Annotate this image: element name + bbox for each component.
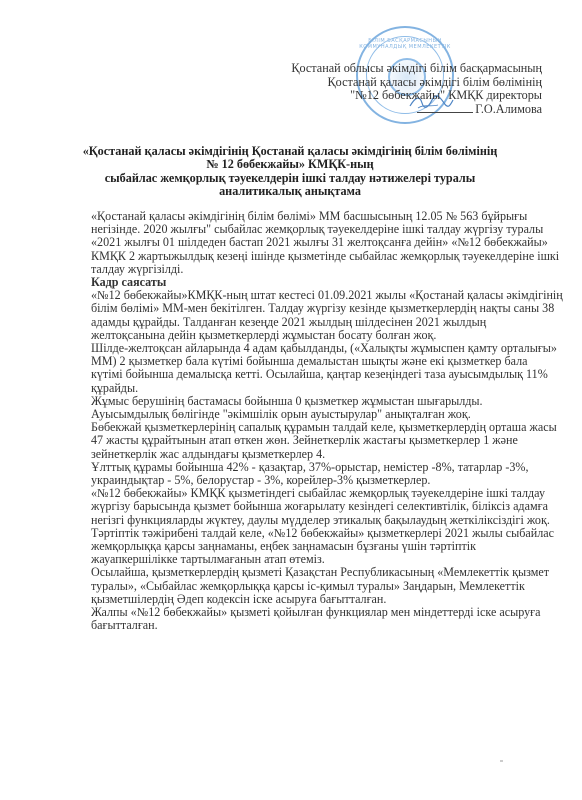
- stamp-text: БІЛІМ БАСҚАРМАСЫНЫҢ КОММУНАЛДЫҚ МЕМЛЕКЕТ…: [358, 38, 452, 50]
- body-paragraph: Ұлттық құрамы бойынша 42% - қазақтар, 37…: [91, 461, 531, 487]
- body-paragraph: Жалпы «№12 бөбекжайы» қызметі қойылған ф…: [91, 606, 531, 632]
- paragraphs-container: «№12 бөбекжайы»КМҚК-ның штат кестесі 01.…: [91, 289, 531, 632]
- body-paragraph: Тәртіптік тәжірибені талдай келе, «№12 б…: [91, 527, 531, 567]
- approval-line-1: Қостанай облысы әкімдігі білім басқармас…: [291, 62, 542, 76]
- text-line: Осылайша, қызметкерлердің қызметі Қазақс…: [91, 566, 531, 579]
- body-paragraph: Осылайша, қызметкерлердің қызметі Қазақс…: [91, 566, 531, 606]
- signature-line: [417, 112, 473, 113]
- text-line: құрайды.: [91, 382, 531, 395]
- title-line-2: № 12 бөбекжайы» КМҚК-ның: [80, 158, 500, 171]
- approval-block: Қостанай облысы әкімдігі білім басқармас…: [291, 62, 542, 116]
- text-line: бағытталған.: [91, 619, 531, 632]
- title-line-1: «Қостанай қаласы әкімдігінің Қостанай қа…: [80, 145, 500, 158]
- title-line-3: сыбайлас жемқорлық тәуекелдерін ішкі тал…: [80, 172, 500, 185]
- intro-paragraph: «Қостанай қаласы әкімдігінің білім бөлім…: [91, 210, 531, 276]
- text-line: «2021 жылғы 01 шілдеден бастап 2021 жылғ…: [91, 236, 531, 249]
- text-line: туралы», «Сыбайлас жемқорлыққа қарсы іс-…: [91, 580, 531, 593]
- director-name: Г.О.Алимова: [475, 102, 542, 116]
- scan-artifact: [500, 760, 503, 762]
- text-line: КМҚК 2 жартыжылдық кезеңі ішінде қызметі…: [91, 250, 531, 263]
- approval-line-2: Қостанай қаласы әкімдігі білім бөлімінің: [291, 76, 542, 90]
- body-paragraph: Бөбекжай қызметкерлерінің сапалық құрамы…: [91, 421, 531, 461]
- approval-line-4: Г.О.Алимова: [291, 103, 542, 117]
- text-line: негізгі функцияларды жүктеу, даулы мүдде…: [91, 514, 531, 527]
- approval-line-3: "№12 бөбекжайы" КМҚК директоры: [291, 89, 542, 103]
- text-line: 47 жасты құрайтынын атап өткен жөн. Зейн…: [91, 434, 531, 447]
- document-body: «Қостанай қаласы әкімдігінің білім бөлім…: [91, 210, 531, 633]
- body-paragraph: «№12 бөбекжайы»КМҚК-ның штат кестесі 01.…: [91, 289, 531, 342]
- body-paragraph: «№12 бөбекжайы» КМҚК қызметіндегі сыбайл…: [91, 487, 531, 527]
- text-line: зейнеткерлік жас алдындағы қызметкерлер …: [91, 448, 531, 461]
- text-line: күтімі бойынша демалысқа кетті. Осылайша…: [91, 368, 531, 381]
- text-line: адамды құрайды. Талданған кезеңде 2021 ж…: [91, 316, 531, 329]
- text-line: жүргізу барысында қызмет бойынша жоғарыл…: [91, 500, 531, 513]
- text-line: білім бөлімі» ММ-мен бекітілген. Талдау …: [91, 302, 531, 315]
- body-paragraph: Шілде-желтоқсан айларында 4 адам қабылда…: [91, 342, 531, 395]
- title-line-4: аналитикалық анықтама: [80, 185, 500, 198]
- document-title: «Қостанай қаласы әкімдігінің Қостанай қа…: [80, 145, 500, 198]
